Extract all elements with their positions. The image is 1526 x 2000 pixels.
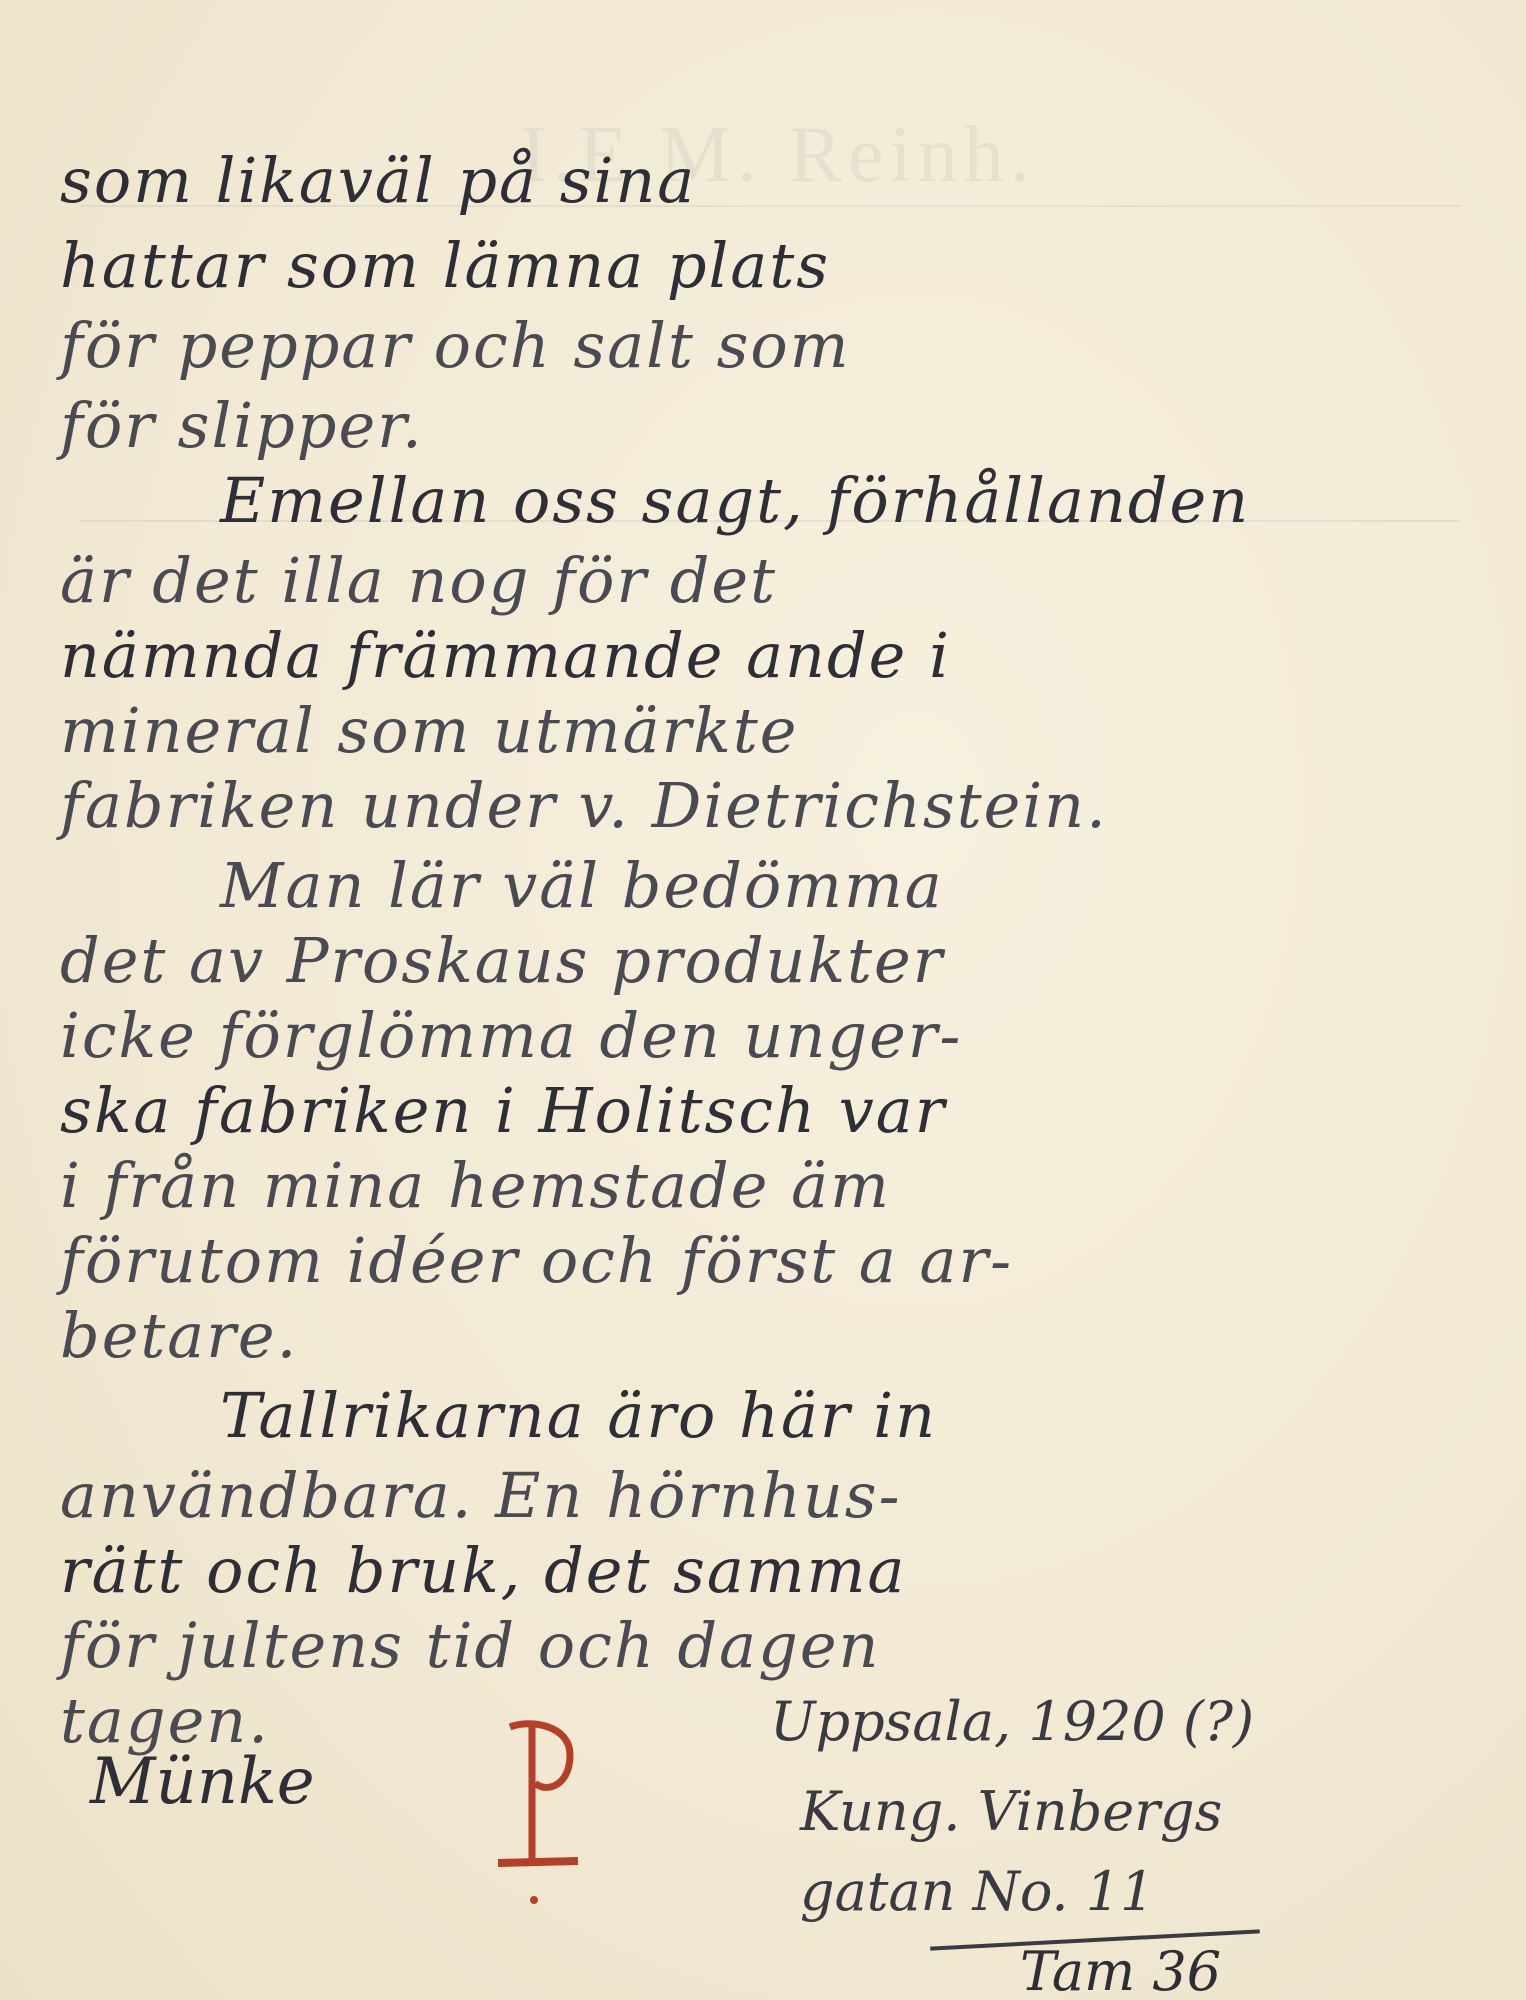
text-line: är det illa nog för det xyxy=(60,550,777,612)
text-line: förutom idéer och först a ar- xyxy=(60,1230,1013,1292)
text-line: för peppar och salt som xyxy=(60,315,851,377)
text-line: tagen. xyxy=(60,1690,270,1752)
text-line: det av Proskaus produkter xyxy=(60,930,944,992)
text-line: som likaväl på sina xyxy=(60,150,696,212)
text-line: betare. xyxy=(60,1305,298,1367)
red-p-stamp xyxy=(490,1715,580,1915)
address-line: Kung. Vinbergs xyxy=(800,1780,1222,1843)
text-line: Tallrikarna äro här in xyxy=(220,1385,937,1447)
text-line: icke förglömma den unger- xyxy=(60,1005,962,1067)
letter-page: I.E.M. Reinh. som likaväl på sina hattar… xyxy=(0,0,1526,2000)
text-line: för jultens tid och dagen xyxy=(60,1615,880,1677)
text-line: i från mina hemstade äm xyxy=(60,1155,891,1217)
text-line: för slipper. xyxy=(60,395,424,457)
text-line: Emellan oss sagt, förhållanden xyxy=(220,470,1250,532)
text-line: ska fabriken i Holitsch var xyxy=(60,1080,946,1142)
address-line: gatan No. 11 xyxy=(800,1860,1154,1923)
text-line: hattar som lämna plats xyxy=(60,235,830,297)
text-line: mineral som utmärkte xyxy=(60,700,798,762)
text-line: Man lär väl bedömma xyxy=(220,855,944,917)
address-line: Tam 36 xyxy=(1020,1940,1221,2000)
text-line: användbara. En hörnhus- xyxy=(60,1465,902,1527)
signature: Münke xyxy=(90,1745,315,1819)
text-line: rätt och bruk, det samma xyxy=(60,1540,906,1602)
text-line: nämnda främmande ande i xyxy=(60,625,951,687)
address-line: Uppsala, 1920 (?) xyxy=(770,1690,1254,1753)
text-line: fabriken under v. Dietrichstein. xyxy=(60,775,1108,837)
